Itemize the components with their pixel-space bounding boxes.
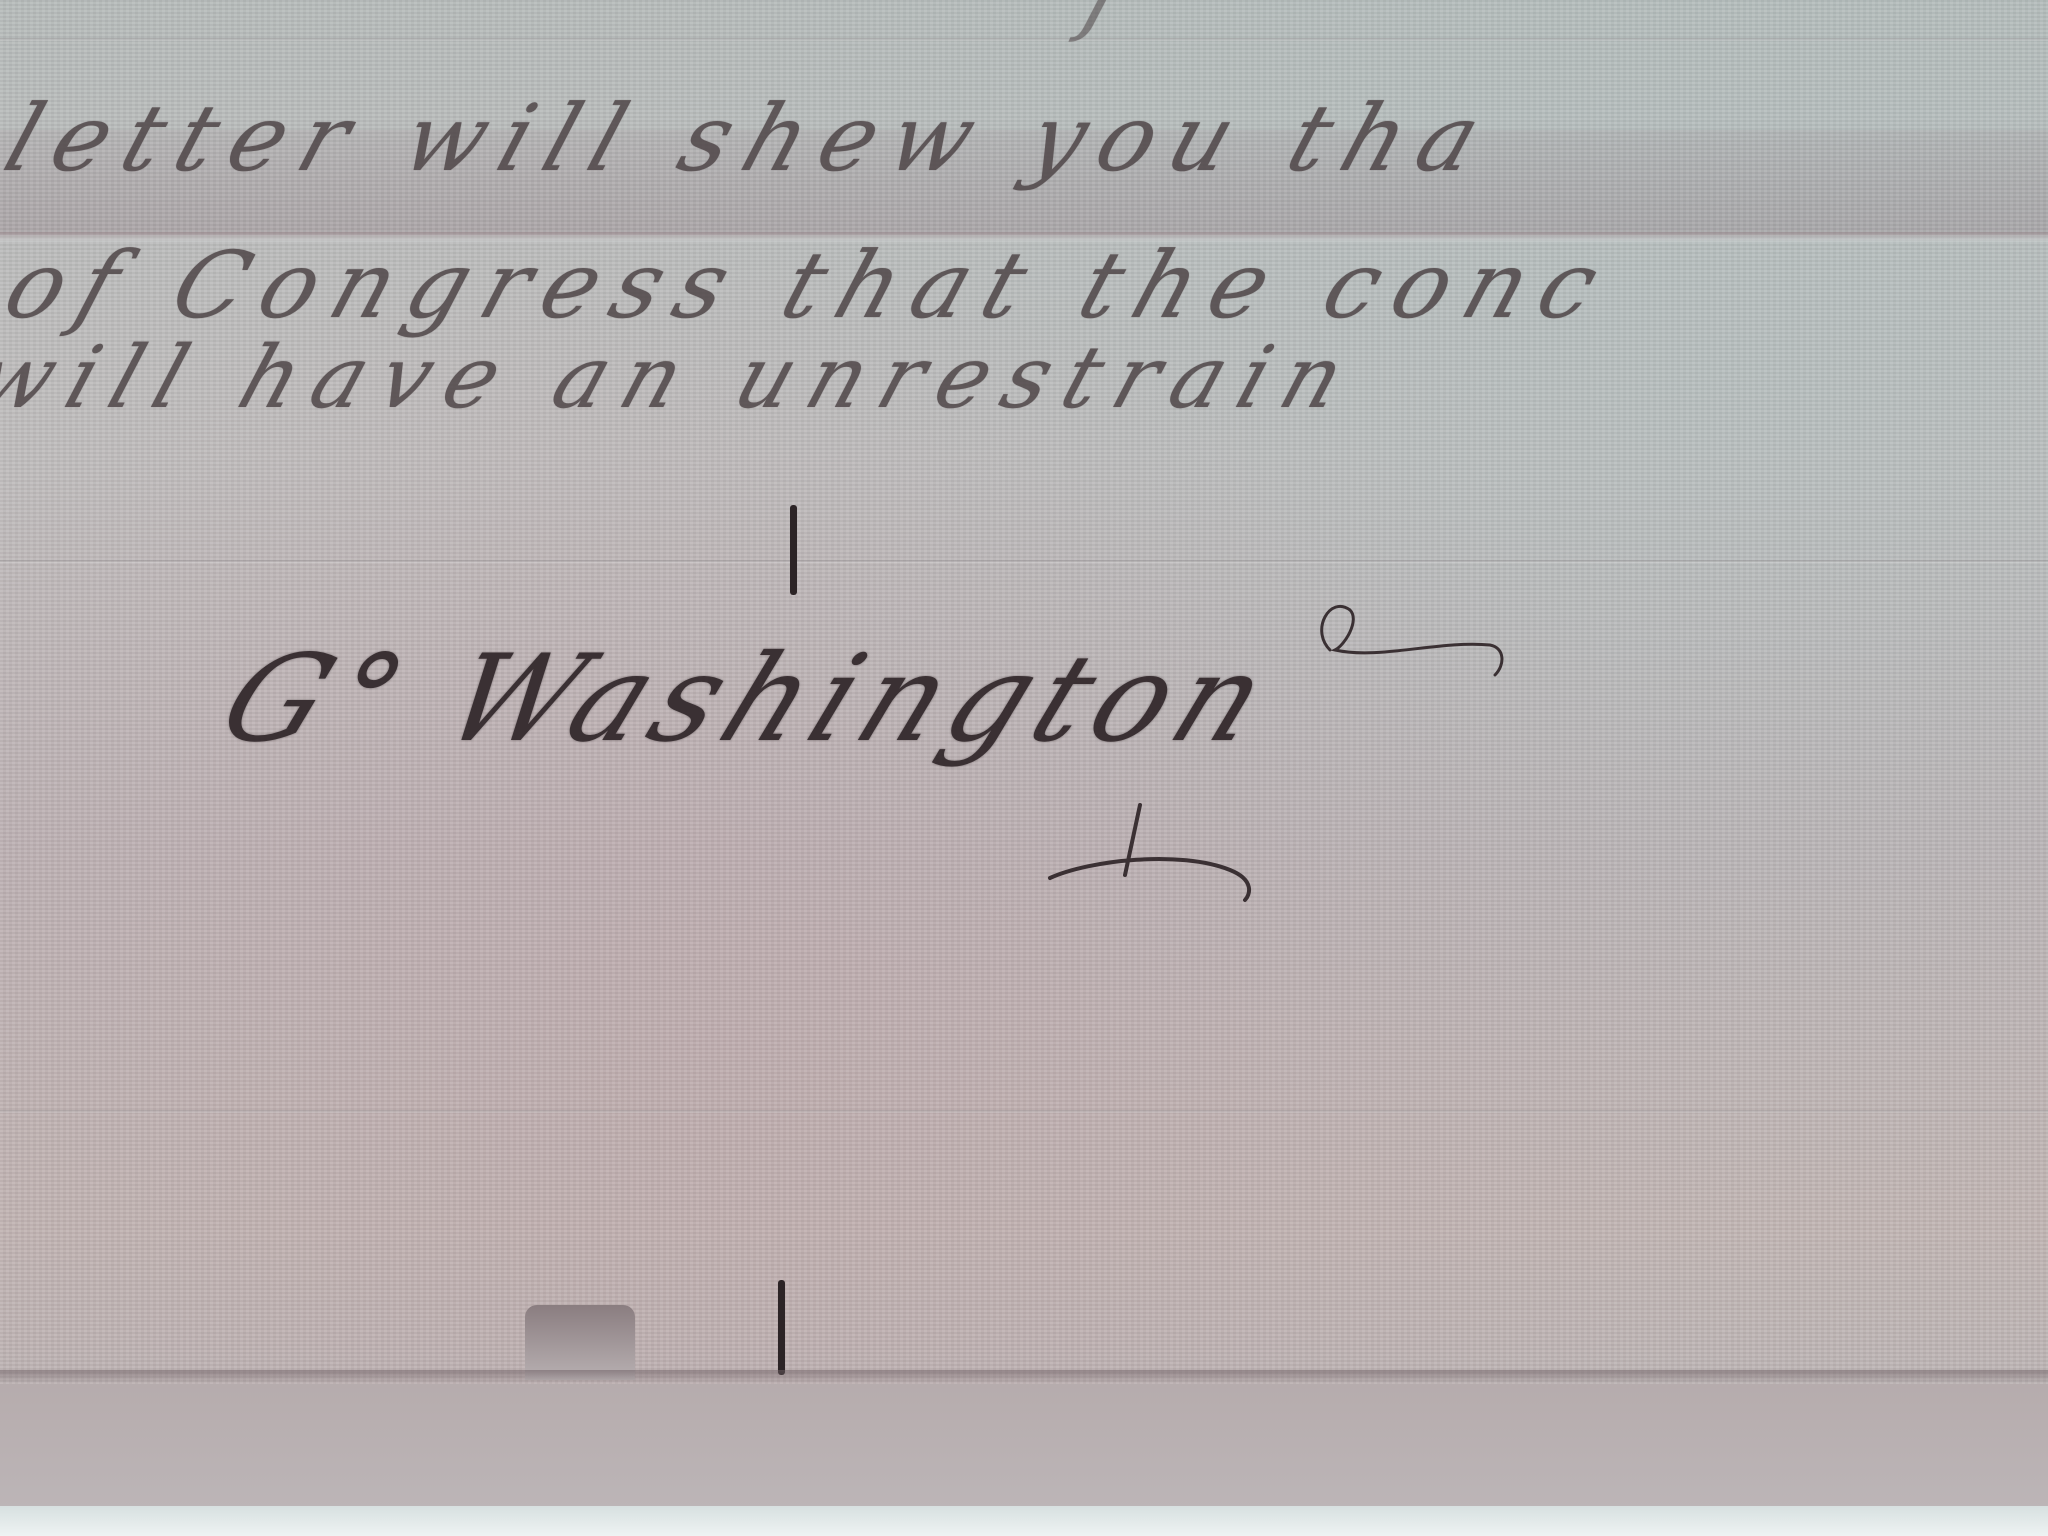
page-bottom-edge: [0, 1370, 2048, 1384]
handwriting-line-3: will have an unrestrain: [0, 328, 1372, 428]
fold-line: [0, 560, 2048, 563]
backing-board: [0, 1384, 2048, 1508]
signature-flourish-icon: [1030, 800, 1300, 920]
handwriting-line-1: letter will shew you tha: [0, 85, 1509, 192]
handwriting-line-2: of Congress that the conc: [0, 232, 1627, 339]
signature: G° Washington: [202, 630, 1296, 769]
frame-mat-edge: [0, 1506, 2048, 1536]
torn-edge: [525, 1305, 635, 1380]
signature-superscript-flourish-icon: [1290, 590, 1520, 680]
fold-line: [0, 38, 2048, 41]
ink-crease-mark: [778, 1280, 785, 1375]
letter-photograph: ſ letter will shew you tha of Congress t…: [0, 0, 2048, 1536]
fold-line: [0, 1110, 2048, 1113]
ink-crease-mark: [790, 505, 797, 595]
